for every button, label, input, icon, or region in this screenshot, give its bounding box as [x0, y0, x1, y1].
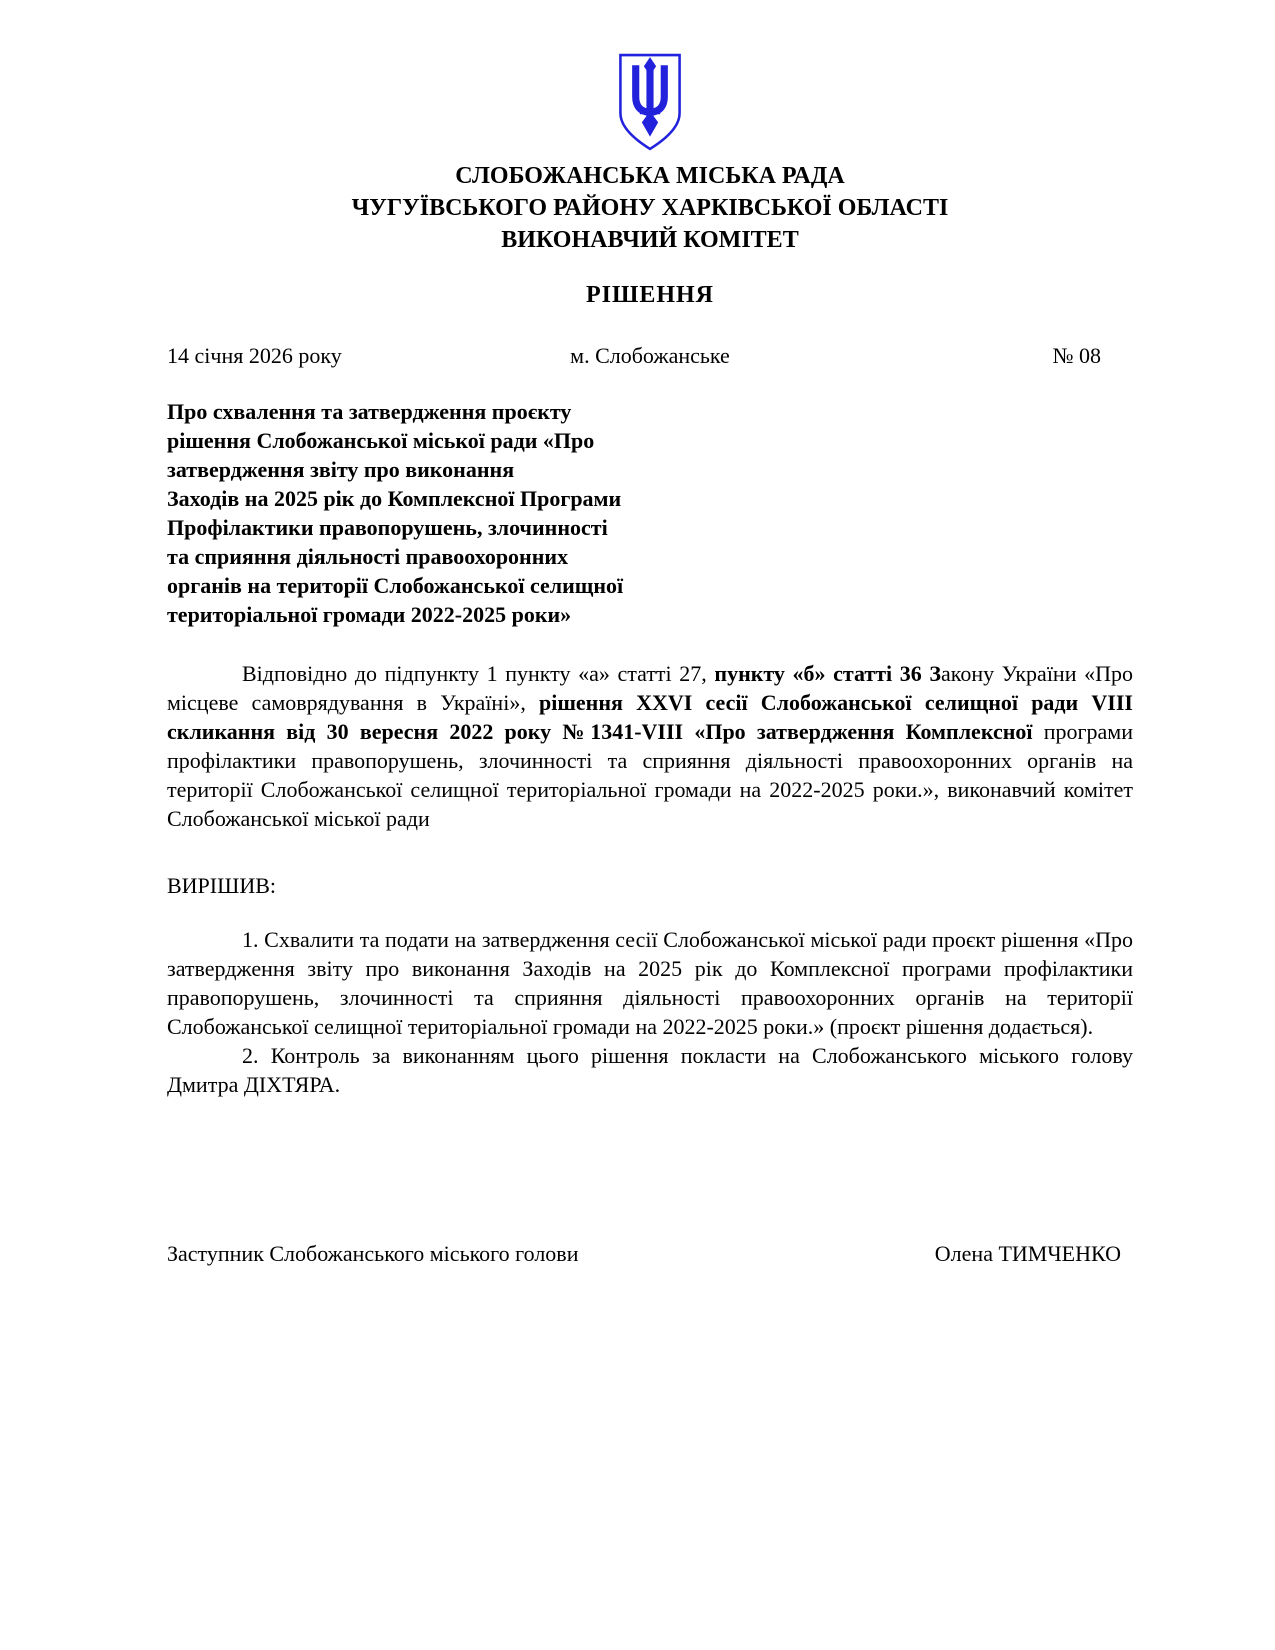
document-date: 14 січня 2026 року	[167, 343, 570, 369]
ukraine-trident-icon	[616, 52, 684, 154]
preamble-bold-1: пункту «б» статті 36 З	[714, 661, 941, 686]
signatory-name: Олена ТИМЧЕНКО	[935, 1241, 1121, 1267]
letterhead: СЛОБОЖАНСЬКА МІСЬКА РАДА ЧУГУЇВСЬКОГО РА…	[167, 160, 1133, 256]
preamble-text-1: Відповідно до підпункту 1 пункту «а» ста…	[242, 661, 714, 686]
document-meta-row: 14 січня 2026 року м. Слобожанське № 08	[167, 343, 1133, 369]
resolution-item-1: 1. Схвалити та подати на затвердження се…	[167, 925, 1133, 1041]
signatory-title: Заступник Слобожанського міського голови	[167, 1241, 578, 1267]
document-type-title: РІШЕННЯ	[167, 282, 1133, 309]
org-committee: ВИКОНАВЧИЙ КОМІТЕТ	[167, 224, 1133, 256]
document-page: СЛОБОЖАНСЬКА МІСЬКА РАДА ЧУГУЇВСЬКОГО РА…	[0, 0, 1275, 1650]
resolution-item-2: 2. Контроль за виконанням цього рішення …	[167, 1041, 1133, 1099]
document-place: м. Слобожанське	[570, 343, 730, 369]
document-number: № 08	[730, 343, 1133, 369]
coat-of-arms	[167, 52, 1133, 156]
subject-block: Про схвалення та затвердження проєкту рі…	[167, 397, 1133, 629]
signature-row: Заступник Слобожанського міського голови…	[167, 1241, 1133, 1267]
preamble-paragraph: Відповідно до підпункту 1 пункту «а» ста…	[167, 659, 1133, 833]
org-region: ЧУГУЇВСЬКОГО РАЙОНУ ХАРКІВСЬКОЇ ОБЛАСТІ	[167, 192, 1133, 224]
resolved-label: ВИРІШИВ:	[167, 873, 1133, 899]
org-name: СЛОБОЖАНСЬКА МІСЬКА РАДА	[167, 160, 1133, 192]
